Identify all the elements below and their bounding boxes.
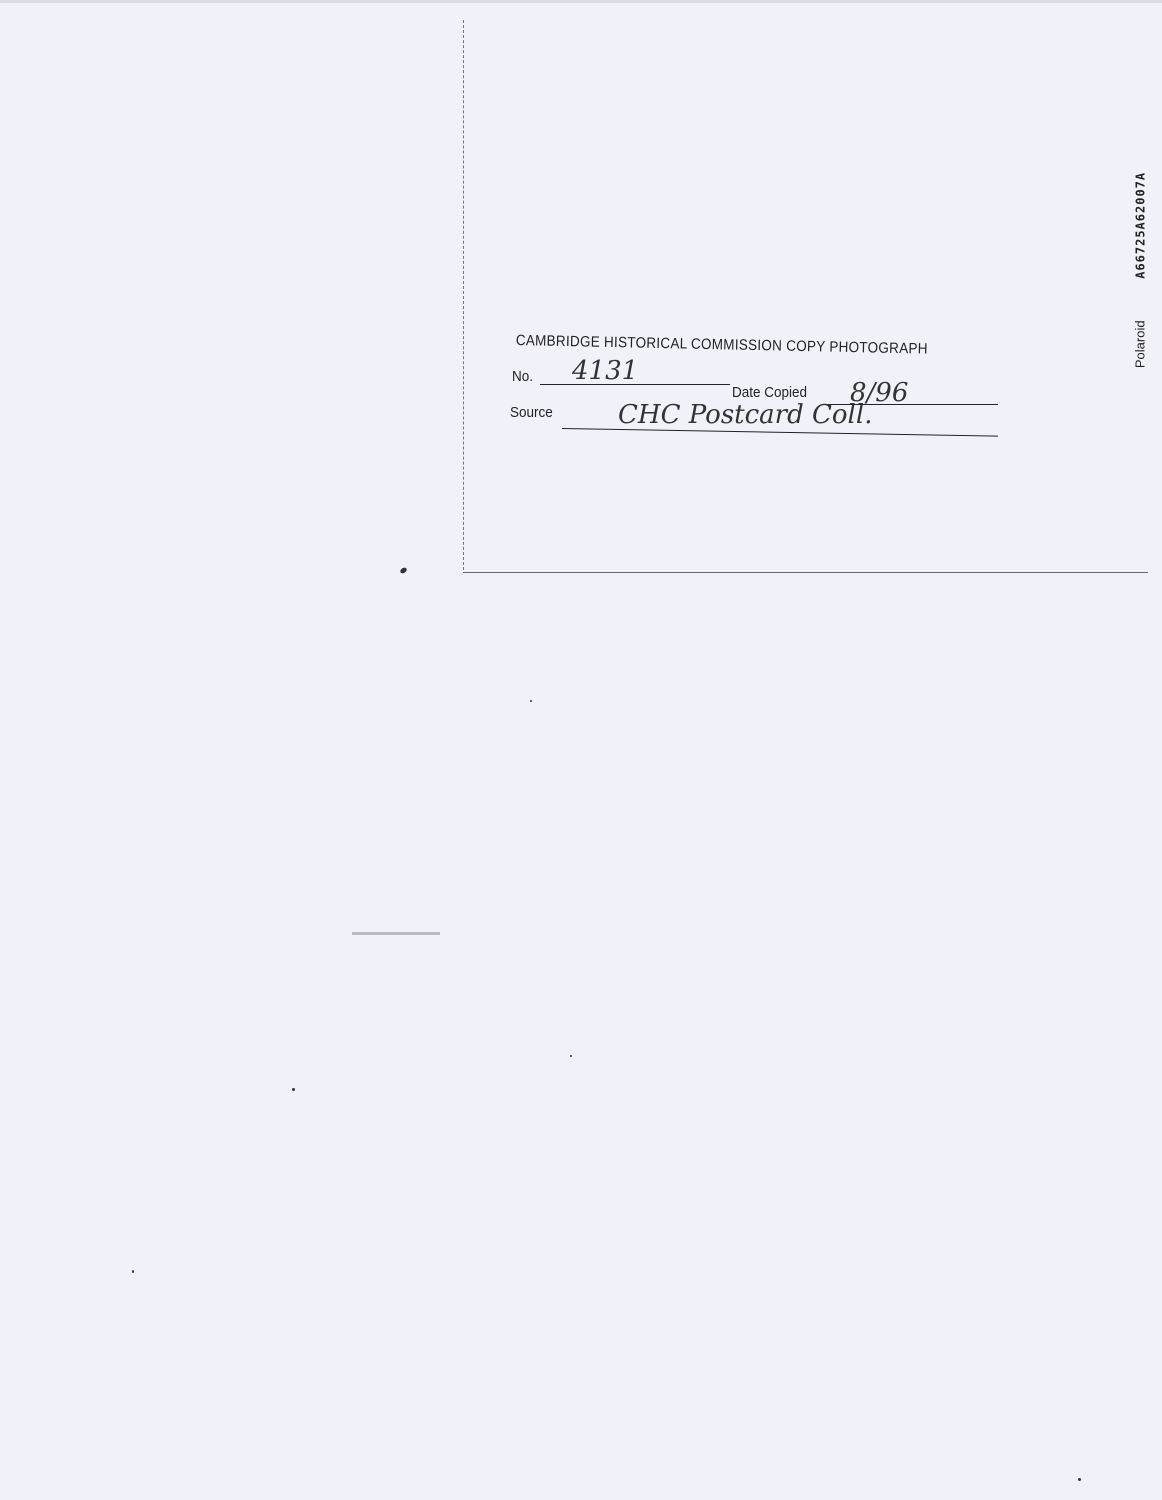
film-code: A66725A62007A	[1134, 172, 1148, 279]
paper-top-edge	[0, 0, 1162, 3]
photo-edge-horizontal	[463, 572, 1148, 573]
date-copied-label: Date Copied	[732, 384, 807, 401]
ink-speck	[399, 566, 408, 574]
film-edge-print: Polaroid A66725A62007A	[1128, 130, 1152, 410]
dust-speck	[292, 1088, 295, 1091]
number-value: 4131	[572, 356, 638, 386]
number-label: No.	[512, 368, 533, 385]
source-value: CHC Postcard Coll.	[618, 400, 872, 430]
stamp-title: CAMBRIDGE HISTORICAL COMMISSION COPY PHO…	[516, 332, 928, 358]
dust-speck	[132, 1270, 134, 1273]
copy-photograph-stamp: CAMBRIDGE HISTORICAL COMMISSION COPY PHO…	[510, 328, 1010, 468]
dust-speck	[1078, 1478, 1081, 1481]
toner-smear	[352, 932, 440, 935]
film-brand: Polaroid	[1133, 320, 1148, 368]
source-label: Source	[510, 404, 553, 421]
photo-edge-vertical	[463, 20, 464, 570]
dust-speck	[570, 1055, 572, 1057]
dust-speck	[530, 700, 532, 702]
